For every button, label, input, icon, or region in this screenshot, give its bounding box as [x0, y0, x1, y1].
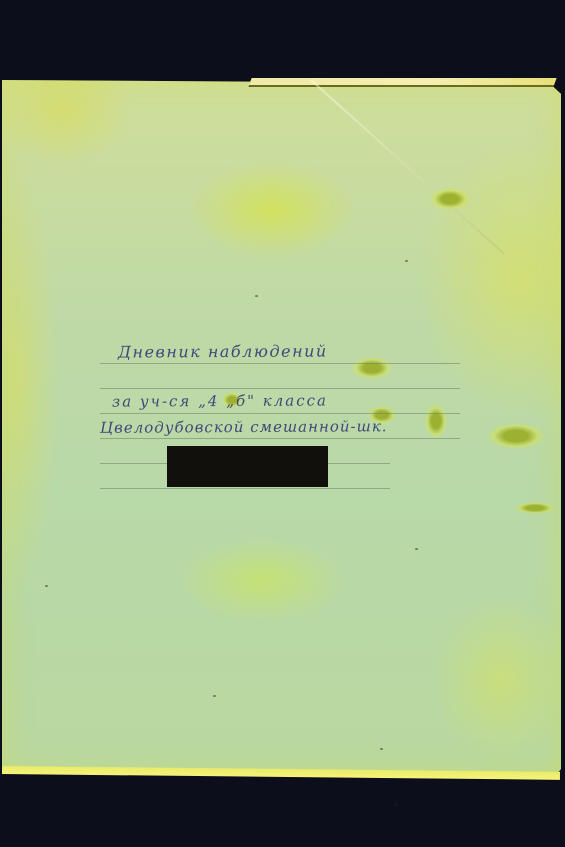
handwritten-title: Дневник наблюдений: [118, 341, 328, 361]
paper-speck: [45, 585, 48, 587]
paper-speck: [255, 295, 258, 297]
ruled-line: [100, 413, 460, 414]
paper-speck: [405, 260, 408, 262]
ruled-line: [100, 438, 460, 439]
ruled-line: [100, 388, 460, 389]
redacted-block: [167, 446, 328, 487]
paper-damage-spot: [352, 357, 392, 379]
paper-speck: [380, 748, 383, 750]
handwritten-line-school: Цвелодубовской смешанной-шк.: [100, 417, 388, 437]
paper-speck: [415, 548, 418, 550]
paper-damage-spot: [488, 423, 544, 449]
ruled-line: [100, 488, 390, 489]
cover-top-edge: [248, 78, 556, 87]
handwritten-line-students: за уч-ся „4 „б" класса: [112, 391, 328, 410]
ruled-line: [100, 363, 460, 364]
paper-damage-spot: [515, 502, 555, 514]
paper-damage-spot: [430, 188, 470, 210]
paper-speck: [213, 695, 216, 697]
paper-damage-spot: [425, 404, 447, 438]
